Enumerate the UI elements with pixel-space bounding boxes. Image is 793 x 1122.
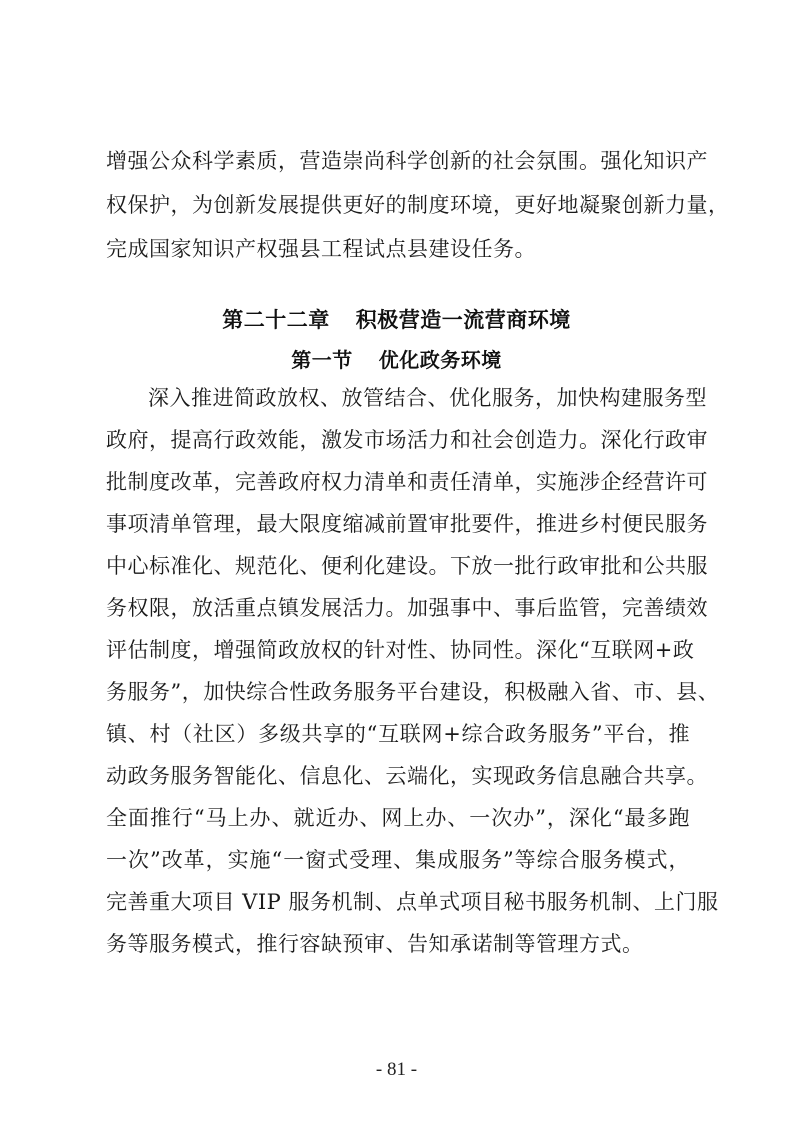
paragraph-line: 评估制度，增强简政放权的针对性、协同性。深化“互联网+政 bbox=[106, 635, 690, 665]
paragraph-line: 深入推进简政放权、放管结合、优化服务，加快构建服务型 bbox=[148, 383, 690, 413]
paragraph-line: 务权限，放活重点镇发展活力。加强事中、事后监管，完善绩效 bbox=[106, 593, 690, 623]
paragraph-line: 增强公众科学素质，营造崇尚科学创新的社会氛围。强化知识产 bbox=[106, 146, 690, 176]
paragraph-line: 完善重大项目 VIP 服务机制、点单式项目秘书服务机制、上门服 bbox=[106, 887, 690, 917]
section-heading: 第一节优化政务环境 bbox=[0, 345, 793, 375]
chapter-number: 第二十二章 bbox=[222, 308, 330, 332]
paragraph-line: 权保护，为创新发展提供更好的制度环境，更好地凝聚创新力量， bbox=[106, 190, 690, 220]
paragraph-line: 完成国家知识产权强县工程试点县建设任务。 bbox=[106, 234, 690, 264]
paragraph-line: 务等服务模式，推行容缺预审、告知承诺制等管理方式。 bbox=[106, 929, 690, 959]
paragraph-line: 动政务服务智能化、信息化、云端化，实现政务信息融合共享。 bbox=[106, 761, 690, 791]
section-number: 第一节 bbox=[291, 348, 353, 372]
paragraph-line: 政府，提高行政效能，激发市场活力和社会创造力。深化行政审 bbox=[106, 425, 690, 455]
section-title: 优化政务环境 bbox=[379, 348, 502, 372]
paragraph-line: 批制度改革，完善政府权力清单和责任清单，实施涉企经营许可 bbox=[106, 467, 690, 497]
paragraph-line: 务服务”，加快综合性政务服务平台建设，积极融入省、市、县、 bbox=[106, 677, 690, 707]
paragraph-line: 事项清单管理，最大限度缩减前置审批要件，推进乡村便民服务 bbox=[106, 509, 690, 539]
paragraph-line: 中心标准化、规范化、便利化建设。下放一批行政审批和公共服 bbox=[106, 551, 690, 581]
paragraph-line: 一次”改革，实施“一窗式受理、集成服务”等综合服务模式， bbox=[106, 845, 690, 875]
paragraph-line: 全面推行“马上办、就近办、网上办、一次办”，深化“最多跑 bbox=[106, 803, 690, 833]
chapter-heading: 第二十二章积极营造一流营商环境 bbox=[0, 305, 793, 335]
document-page: 增强公众科学素质，营造崇尚科学创新的社会氛围。强化知识产 权保护，为创新发展提供… bbox=[0, 0, 793, 1122]
chapter-title: 积极营造一流营商环境 bbox=[356, 308, 571, 332]
paragraph-line: 镇、村（社区）多级共享的“互联网+综合政务服务”平台，推 bbox=[106, 719, 690, 749]
page-number: - 81 - bbox=[0, 1058, 793, 1082]
